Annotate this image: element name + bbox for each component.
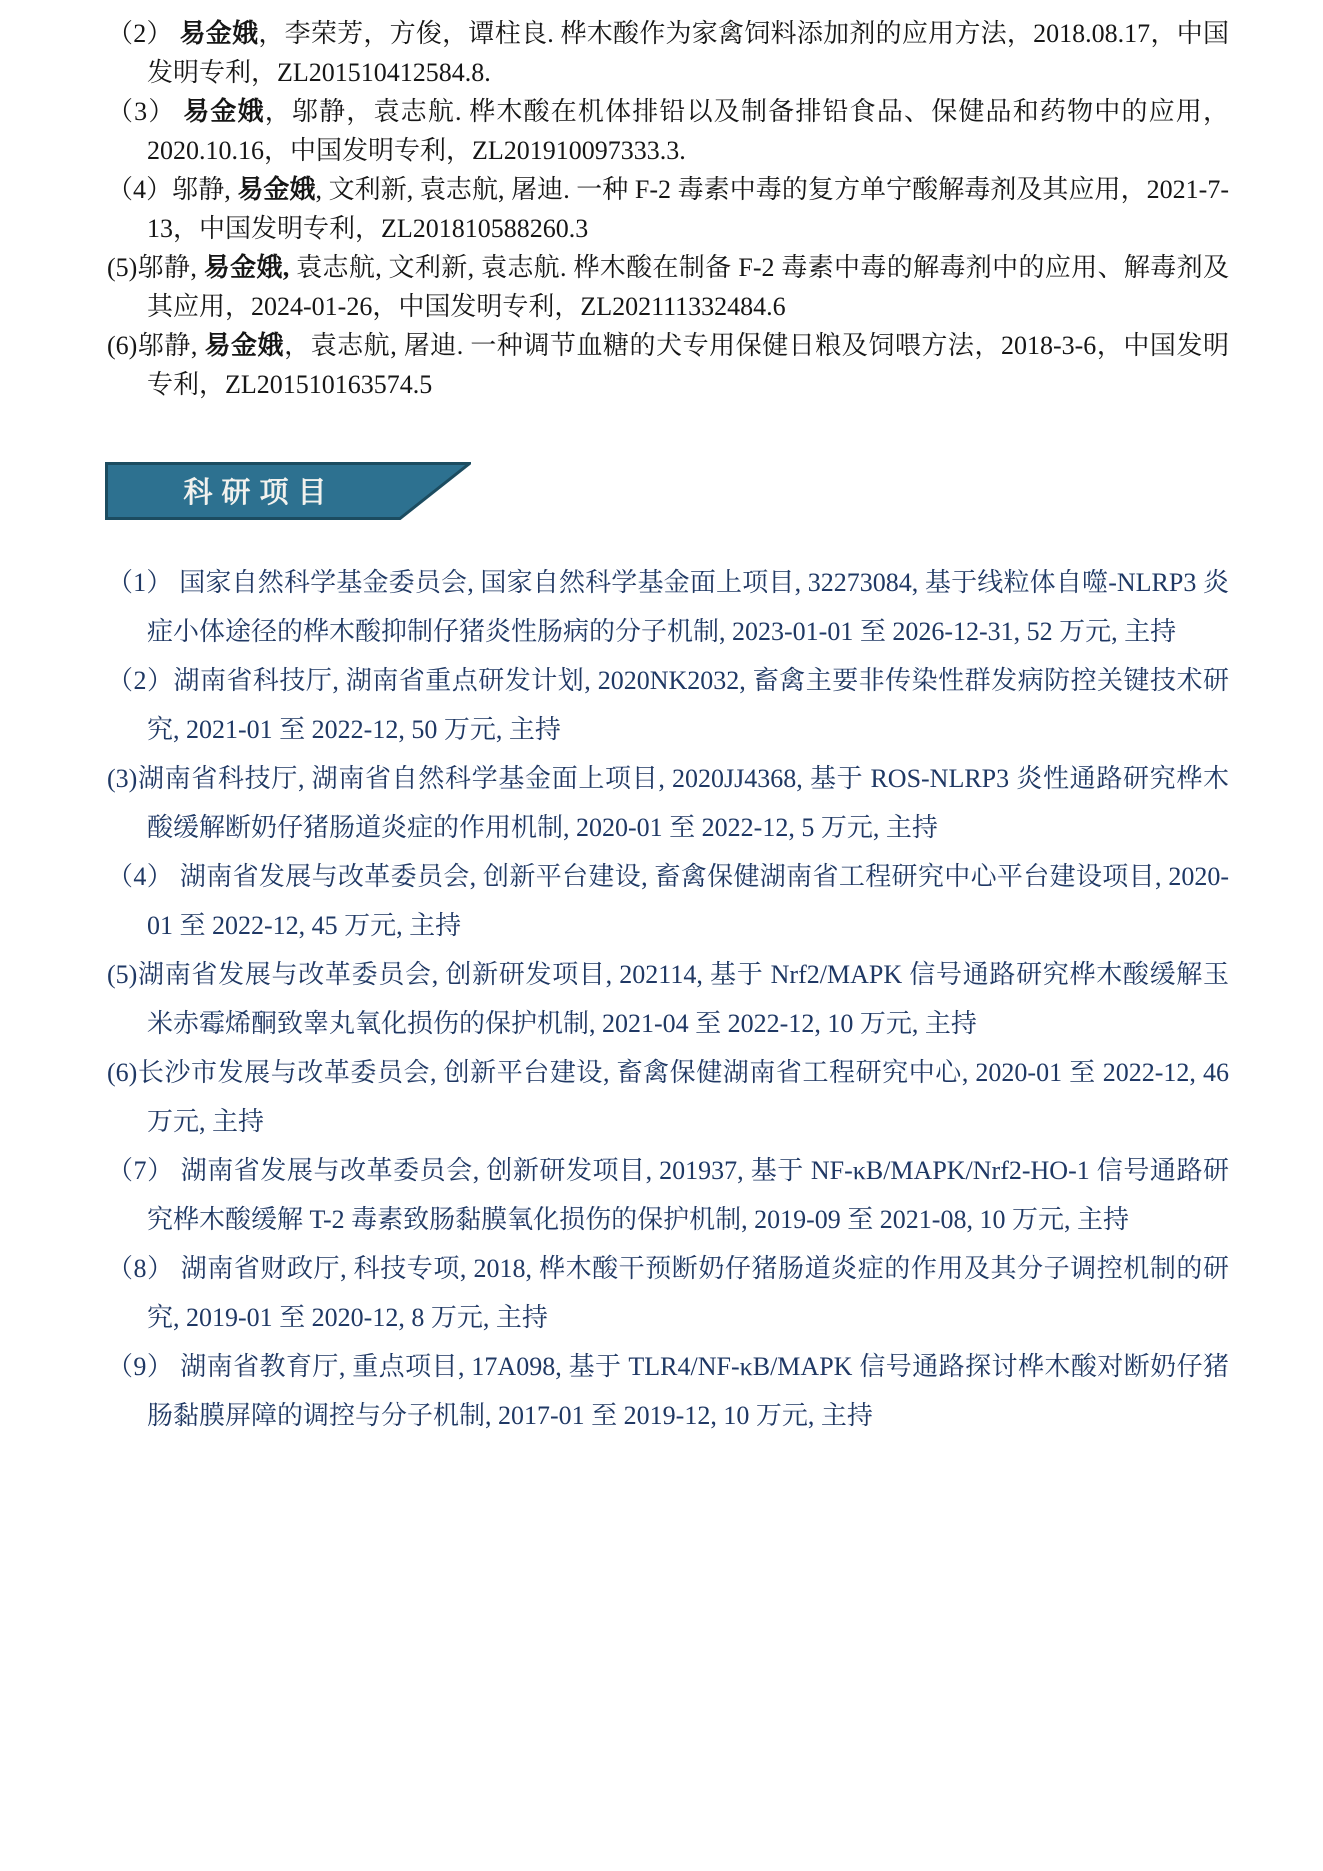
project-text: （1） 国家自然科学基金委员会, 国家自然科学基金面上项目, 32273084,… — [107, 568, 1229, 646]
project-item: （9） 湖南省教育厅, 重点项目, 17A098, 基于 TLR4/NF-κB/… — [107, 1342, 1229, 1440]
project-text: (6)长沙市发展与改革委员会, 创新平台建设, 畜禽保健湖南省工程研究中心, 2… — [107, 1058, 1229, 1136]
patent-text-post: ，李荣芳，方俊，谭柱良. 桦木酸作为家禽饲料添加剂的应用方法，2018.08.1… — [147, 19, 1229, 87]
patent-text-pre: （4）邬静, — [107, 175, 237, 204]
patent-text-post: ，袁志航, 屠迪. 一种调节血糖的犬专用保健日粮及饲喂方法，2018-3-6，中… — [147, 331, 1229, 399]
project-item: (3)湖南省科技厅, 湖南省自然科学基金面上项目, 2020JJ4368, 基于… — [107, 754, 1229, 852]
patent-author-bold: 易金娥, — [204, 253, 290, 282]
patent-author-bold: 易金娥 — [183, 97, 265, 126]
project-text: (3)湖南省科技厅, 湖南省自然科学基金面上项目, 2020JJ4368, 基于… — [107, 764, 1229, 842]
project-text: （8） 湖南省财政厅, 科技专项, 2018, 桦木酸干预断奶仔猪肠道炎症的作用… — [107, 1254, 1229, 1332]
patent-text-pre: （2） — [107, 19, 180, 48]
project-item: （4） 湖南省发展与改革委员会, 创新平台建设, 畜禽保健湖南省工程研究中心平台… — [107, 852, 1229, 950]
patent-text-pre: (6)邬静, — [107, 331, 204, 360]
patent-text-post: ，邬静，袁志航. 桦木酸在机体排铅以及制备排铅食品、保健品和药物中的应用，202… — [147, 97, 1229, 165]
patent-text-pre: (5)邬静, — [107, 253, 204, 282]
project-text: （7） 湖南省发展与改革委员会, 创新研发项目, 201937, 基于 NF-κ… — [107, 1156, 1229, 1234]
project-item: （1） 国家自然科学基金委员会, 国家自然科学基金面上项目, 32273084,… — [107, 558, 1229, 656]
patent-text-pre: （3） — [107, 97, 183, 126]
projects-list: （1） 国家自然科学基金委员会, 国家自然科学基金面上项目, 32273084,… — [107, 558, 1229, 1440]
project-item: （7） 湖南省发展与改革委员会, 创新研发项目, 201937, 基于 NF-κ… — [107, 1146, 1229, 1244]
page: （2） 易金娥，李荣芳，方俊，谭柱良. 桦木酸作为家禽饲料添加剂的应用方法，20… — [0, 0, 1323, 1871]
project-item: (5)湖南省发展与改革委员会, 创新研发项目, 202114, 基于 Nrf2/… — [107, 950, 1229, 1048]
project-text: （2）湖南省科技厅, 湖南省重点研发计划, 2020NK2032, 畜禽主要非传… — [107, 666, 1229, 744]
patent-item: （4）邬静, 易金娥, 文利新, 袁志航, 屠迪. 一种 F-2 毒素中毒的复方… — [107, 170, 1229, 248]
patent-author-bold: 易金娥 — [204, 331, 284, 360]
section-title: 科研项目 — [105, 462, 405, 518]
project-item: (6)长沙市发展与改革委员会, 创新平台建设, 畜禽保健湖南省工程研究中心, 2… — [107, 1048, 1229, 1146]
section-banner: 科研项目 — [105, 462, 471, 520]
patent-text-post: 袁志航, 文利新, 袁志航. 桦木酸在制备 F-2 毒素中毒的解毒剂中的应用、解… — [147, 253, 1229, 321]
patent-author-bold: 易金娥 — [180, 19, 259, 48]
project-text: （4） 湖南省发展与改革委员会, 创新平台建设, 畜禽保健湖南省工程研究中心平台… — [107, 862, 1229, 940]
project-text: (5)湖南省发展与改革委员会, 创新研发项目, 202114, 基于 Nrf2/… — [107, 960, 1229, 1038]
patent-item: (5)邬静, 易金娥, 袁志航, 文利新, 袁志航. 桦木酸在制备 F-2 毒素… — [107, 248, 1229, 326]
patent-item: （2） 易金娥，李荣芳，方俊，谭柱良. 桦木酸作为家禽饲料添加剂的应用方法，20… — [107, 14, 1229, 92]
patent-item: （3） 易金娥，邬静，袁志航. 桦木酸在机体排铅以及制备排铅食品、保健品和药物中… — [107, 92, 1229, 170]
project-item: （8） 湖南省财政厅, 科技专项, 2018, 桦木酸干预断奶仔猪肠道炎症的作用… — [107, 1244, 1229, 1342]
patents-list: （2） 易金娥，李荣芳，方俊，谭柱良. 桦木酸作为家禽饲料添加剂的应用方法，20… — [107, 14, 1229, 404]
project-text: （9） 湖南省教育厅, 重点项目, 17A098, 基于 TLR4/NF-κB/… — [107, 1352, 1229, 1430]
patent-author-bold: 易金娥 — [237, 175, 315, 204]
project-item: （2）湖南省科技厅, 湖南省重点研发计划, 2020NK2032, 畜禽主要非传… — [107, 656, 1229, 754]
patent-item: (6)邬静, 易金娥，袁志航, 屠迪. 一种调节血糖的犬专用保健日粮及饲喂方法，… — [107, 326, 1229, 404]
document-content: （2） 易金娥，李荣芳，方俊，谭柱良. 桦木酸作为家禽饲料添加剂的应用方法，20… — [107, 0, 1229, 1440]
